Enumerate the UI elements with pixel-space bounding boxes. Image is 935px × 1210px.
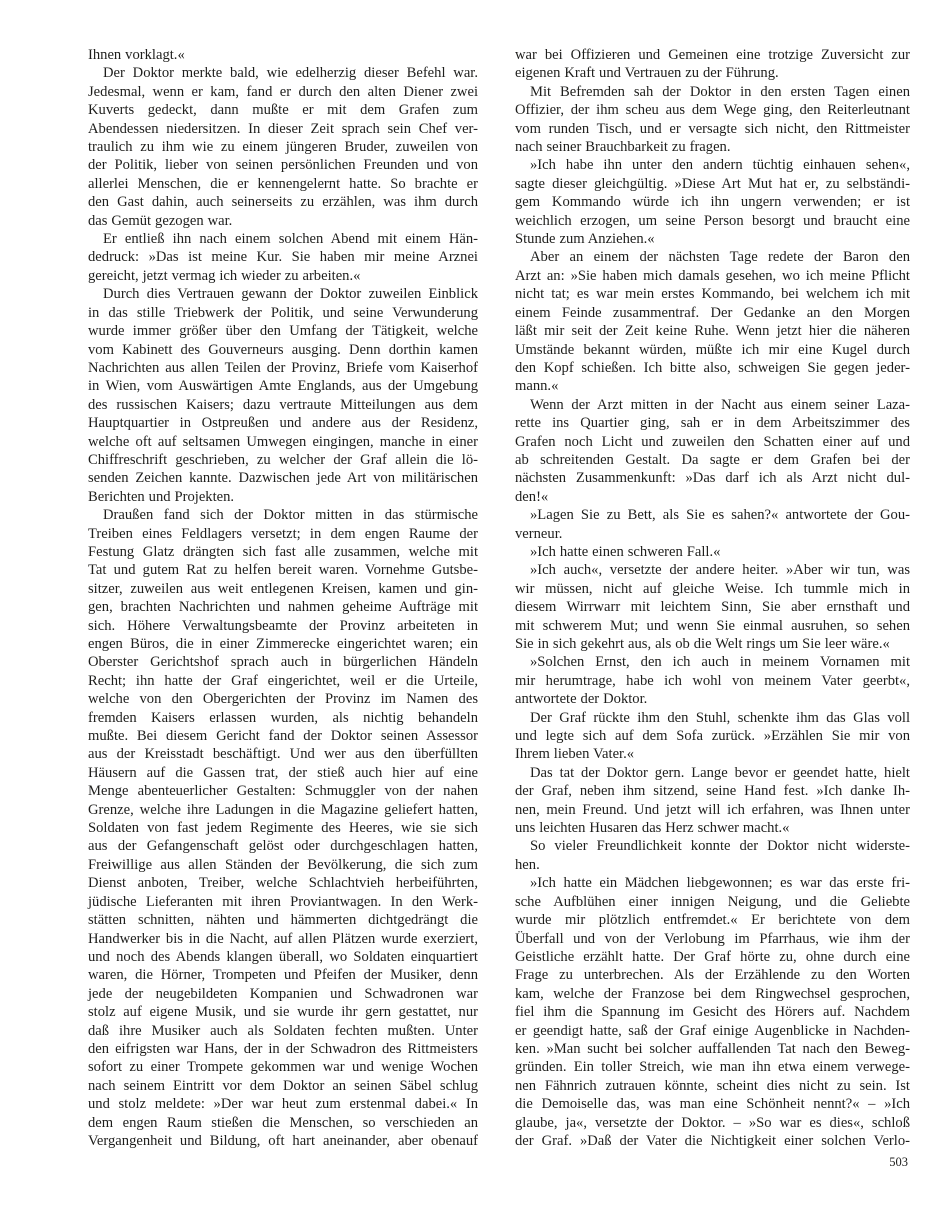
text-line: stätten schnitten, nähten und hämmerten … [88,911,478,929]
text-line: nach seiner Brauchbarkeit zu fragen. [515,138,910,156]
text-line: »Solchen Ernst, den ich auch in meinem V… [515,653,910,671]
text-line: daß ihre Musiker auch als Soldaten fecht… [88,1022,478,1040]
paragraph: Er entließ ihn nach einem solchen Abend … [88,230,478,285]
text-line: Wenn der Arzt mitten in der Nacht aus ei… [515,396,910,414]
text-line: waren, die Hörner, Trompeten und Pfeifen… [88,966,478,984]
text-line: sitzer, zuweilen aus weit entlegenen Kre… [88,580,478,598]
text-line: einem Feinde zusammentraf. Der Gedanke a… [515,304,910,322]
text-line: mir herumtrage, habe ich wohl von meinem… [515,672,910,690]
text-line: fremden Kaisers erlassen wurden, als nic… [88,709,478,727]
text-line: wir müssen, nicht auf gleiche Weise. Ich… [515,580,910,598]
text-line: den eifrigsten war Hans, der in der Schw… [88,1040,478,1058]
text-line: kam, welche der Franzose bei dem Ringwec… [515,985,910,1003]
text-line: in Wien, vom Auswärtigen Amte Englands, … [88,377,478,395]
text-line: »Lagen Sie zu Bett, als Sie es sahen?« a… [515,506,910,524]
paragraph: Der Doktor merkte bald, wie edelherzig d… [88,64,478,230]
text-line: uns leichten Husaren das Herz schwer mac… [515,819,910,837]
text-line: sagte dieser gleichgültig. »Diese Art Mu… [515,175,910,193]
text-line: Oberster Gerichtshof sprach auch in bürg… [88,653,478,671]
text-line: und noch des Abends klangen überall, wo … [88,948,478,966]
text-line: dedruck: »Das ist meine Kur. Sie haben m… [88,248,478,266]
text-line: dem engen Raum stießen die Menschen, so … [88,1114,478,1132]
text-line: nicht tat; es war mein erstes Kommando, … [515,285,910,303]
text-line: läßt mir seit der Zeit keine Ruhe. Wenn … [515,322,910,340]
text-line: rette ins Quartier ging, sah er in dem A… [515,414,910,432]
text-line: fiel ihm die Spannung im Gesicht des Hör… [515,1003,910,1021]
text-line: Dienst anboten, Treiber, welche Schlacht… [88,874,478,892]
text-line: Stunde zum Anziehen.« [515,230,910,248]
text-line: den Kopf schießen. Ich bitte also, schwe… [515,359,910,377]
text-line: Geistliche erzählt hatte. Der Graf hörte… [515,948,910,966]
text-line: »Ich hatte ein Mädchen liebgewonnen; es … [515,874,910,892]
paragraph: Aber an einem der nächsten Tage redete d… [515,248,910,395]
text-line: diesem Wirrwarr mit leichtem Sinn, Sie a… [515,598,910,616]
text-line: sofort zu einer Trompete gekommen war un… [88,1058,478,1076]
text-line: Draußen fand sich der Doktor mitten in d… [88,506,478,524]
text-line: Ihrem lieben Vater.« [515,745,910,763]
text-line: Ihnen vorklagt.« [88,46,478,64]
paragraph: Mit Befremden sah der Doktor in den erst… [515,83,910,157]
text-line: weichlich erzogen, um seine Person besor… [515,212,910,230]
paragraph: »Lagen Sie zu Bett, als Sie es sahen?« a… [515,506,910,543]
page-number: 503 [889,1154,908,1170]
text-block: Ihnen vorklagt.«Der Doktor merkte bald, … [88,46,910,1150]
text-line: Nachrichten aus allen Teilen der Provinz… [88,359,478,377]
text-line: nen Fähnrich zutrauen könnte, scheint di… [515,1077,910,1095]
paragraph: Das tat der Doktor gern. Lange bevor er … [515,764,910,838]
text-line: welche oft auf seltsamen Umwegen einging… [88,433,478,451]
text-line: Tat und gutem Rat zu helfen bereit waren… [88,561,478,579]
text-line: Umstände bekannt würden, müßte ich mir e… [515,341,910,359]
text-line: gen, brachten Nachrichten und nahmen geh… [88,598,478,616]
text-line: Der Doktor merkte bald, wie edelherzig d… [88,64,478,82]
text-line: Er entließ ihn nach einem solchen Abend … [88,230,478,248]
text-line: Chiffreschrift geschrieben, zu welcher d… [88,451,478,469]
text-line: und legte sich auf dem Sofa zurück. »Erz… [515,727,910,745]
text-line: glaube, ja«, versetzte der Doktor. – »So… [515,1114,910,1132]
paragraph: »Solchen Ernst, den ich auch in meinem V… [515,653,910,708]
text-line: Durch dies Vertrauen gewann der Doktor z… [88,285,478,303]
paragraph: Draußen fand sich der Doktor mitten in d… [88,506,478,1150]
text-line: ken. »Man sucht bei solcher auffallenden… [515,1040,910,1058]
text-line: war bei Offizieren und Gemeinen eine tro… [515,46,910,64]
text-line: Menge abenteuerlicher Gestalten: Schmugg… [88,782,478,800]
book-page: Ihnen vorklagt.«Der Doktor merkte bald, … [0,0,935,1210]
text-line: gereicht, jetzt vermag ich wieder zu arb… [88,267,478,285]
text-line: Aber an einem der nächsten Tage redete d… [515,248,910,266]
text-line: »Ich habe ihn unter den andern tüchtig e… [515,156,910,174]
text-line: jede der neugebildeten Kompanien und Sch… [88,985,478,1003]
text-line: verneur. [515,525,910,543]
text-line: die Demoiselle das, was man eine Schönhe… [515,1095,910,1113]
text-line: antwortete der Doktor. [515,690,910,708]
text-line: Hauptquartier in Ostpreußen und andere a… [88,414,478,432]
text-line: traulich zu ihm wie zu einem jüngeren Br… [88,138,478,156]
text-line: nen, mein Freund. Und jetzt will ich erf… [515,801,910,819]
text-line: »Ich hatte einen schweren Fall.« [515,543,910,561]
text-line: Jedesmal, wenn er kam, fand er durch den… [88,83,478,101]
text-line: Treiben eines Feldlagers versetzt; in de… [88,525,478,543]
text-line: wurde immer größer über den Umfang der T… [88,322,478,340]
text-line: ab schreitenden Gestalt. Da sagte er dem… [515,451,910,469]
text-line: er geendigt hatte, saß der Graf einige A… [515,1022,910,1040]
text-line: vom runden Tisch, und er versagte sich n… [515,120,910,138]
text-line: eigenen Kraft und Vertrauen zu der Führu… [515,64,910,82]
text-line: Frage zu unterbrechen. Als der Erzählend… [515,966,910,984]
text-line: Soldaten von fast jedem Regimente des He… [88,819,478,837]
text-line: Recht; ihn hatte der Graf eingerichtet, … [88,672,478,690]
text-line: Der Graf rückte ihm den Stuhl, schenkte … [515,709,910,727]
text-line: senden Zeichen kannte. Dazwischen jede A… [88,469,478,487]
text-line: wurde mir plötzlich entfremdet.« Er beri… [515,911,910,929]
paragraph: Der Graf rückte ihm den Stuhl, schenkte … [515,709,910,764]
text-line: Offizier, der ihm scheu aus dem Wege gin… [515,101,910,119]
paragraph: Wenn der Arzt mitten in der Nacht aus ei… [515,396,910,506]
paragraph: Ihnen vorklagt.« [88,46,478,64]
text-line: Handwerker bis in die Nacht, auf allen P… [88,930,478,948]
text-line: in das stille Triebwerk der Politik, und… [88,304,478,322]
text-column-right: war bei Offizieren und Gemeinen eine tro… [515,46,910,1150]
paragraph: »Ich habe ihn unter den andern tüchtig e… [515,156,910,248]
text-line: Grafen noch Licht und zuweilen den Schat… [515,433,910,451]
paragraph: »Ich hatte einen schweren Fall.« [515,543,910,561]
text-line: gem Kommando würde ich ihn ungern verwen… [515,193,910,211]
text-line: mann.« [515,377,910,395]
paragraph: »Ich hatte ein Mädchen liebgewonnen; es … [515,874,910,1150]
text-line: der Graf, neben ihm sitzend, seine Hand … [515,782,910,800]
text-line: jüdische Lieferanten mit ihren Proviantw… [88,893,478,911]
text-line: den Gast dahin, auch seinerseits zu erzä… [88,193,478,211]
text-line: vom Kabinett des Gouverneurs ausging. De… [88,341,478,359]
text-line: der Politik, lieber von seinen persönlic… [88,156,478,174]
text-line: engen Büros, die in einer Zimmerecke ein… [88,635,478,653]
text-line: sich. Höhere Verwaltungsbeamte der Provi… [88,617,478,635]
text-line: den!« [515,488,910,506]
text-line: Kuverts gedeckt, dann mußte er mit dem G… [88,101,478,119]
text-line: Mit Befremden sah der Doktor in den erst… [515,83,910,101]
text-line: Abendessen niedersitzen. In dieser Zeit … [88,120,478,138]
text-line: Arzt an: »Sie haben mich damals gesehen,… [515,267,910,285]
text-line: allerlei Menschen, die er kennengelernt … [88,175,478,193]
paragraph: So vieler Freundlichkeit konnte der Dokt… [515,837,910,874]
paragraph: »Ich auch«, versetzte der andere heiter.… [515,561,910,653]
text-line: Berichten und Projekten. [88,488,478,506]
text-line: »Ich auch«, versetzte der andere heiter.… [515,561,910,579]
text-line: Vergangenheit und Bildung, oft hart anei… [88,1132,478,1150]
text-line: Freiwillige aus allen Ständen der Bevölk… [88,856,478,874]
text-line: welche von den Obergerichten der Provinz… [88,690,478,708]
text-line: aus der Gefangenschaft gelöst oder durch… [88,837,478,855]
text-line: das Gemüt gezogen war. [88,212,478,230]
text-line: und stolz meldete: »Der war heut zum ers… [88,1095,478,1113]
text-line: der Graf. »Daß der Vater die Nichtigkeit… [515,1132,910,1150]
paragraph: war bei Offizieren und Gemeinen eine tro… [515,46,910,83]
text-line: mit schwerem Mut; und wenn Sie einmal au… [515,617,910,635]
text-line: Häusern auf die Gassen trat, der stieß a… [88,764,478,782]
text-line: Festung Glatz drängten sich fast alle zu… [88,543,478,561]
text-line: sche Aufblühen einer innigen Neigung, un… [515,893,910,911]
text-line: hen. [515,856,910,874]
text-line: mußte. Bei diesem Gericht fand der Dokto… [88,727,478,745]
text-column-left: Ihnen vorklagt.«Der Doktor merkte bald, … [88,46,478,1150]
text-line: nächsten Zusammenkunft: »Das darf ich al… [515,469,910,487]
text-line: aus der Kreisstadt beschäftigt. Und wer … [88,745,478,763]
text-line: Überfall und von der Verlobung im Pfarrh… [515,930,910,948]
text-line: stolz auf eigene Musik, und sie wurde ih… [88,1003,478,1021]
text-line: nach seinem Eintritt vor dem Doktor an s… [88,1077,478,1095]
text-line: So vieler Freundlichkeit konnte der Dokt… [515,837,910,855]
text-line: Das tat der Doktor gern. Lange bevor er … [515,764,910,782]
paragraph: Durch dies Vertrauen gewann der Doktor z… [88,285,478,506]
text-line: gründen. Ein toller Streich, wie man ihn… [515,1058,910,1076]
text-line: Grenze, welche ihre Ladungen in die Maga… [88,801,478,819]
text-line: des russischen Kaisers; dazu vertraute M… [88,396,478,414]
text-line: Sie in sich gekehrt aus, als ob die Welt… [515,635,910,653]
